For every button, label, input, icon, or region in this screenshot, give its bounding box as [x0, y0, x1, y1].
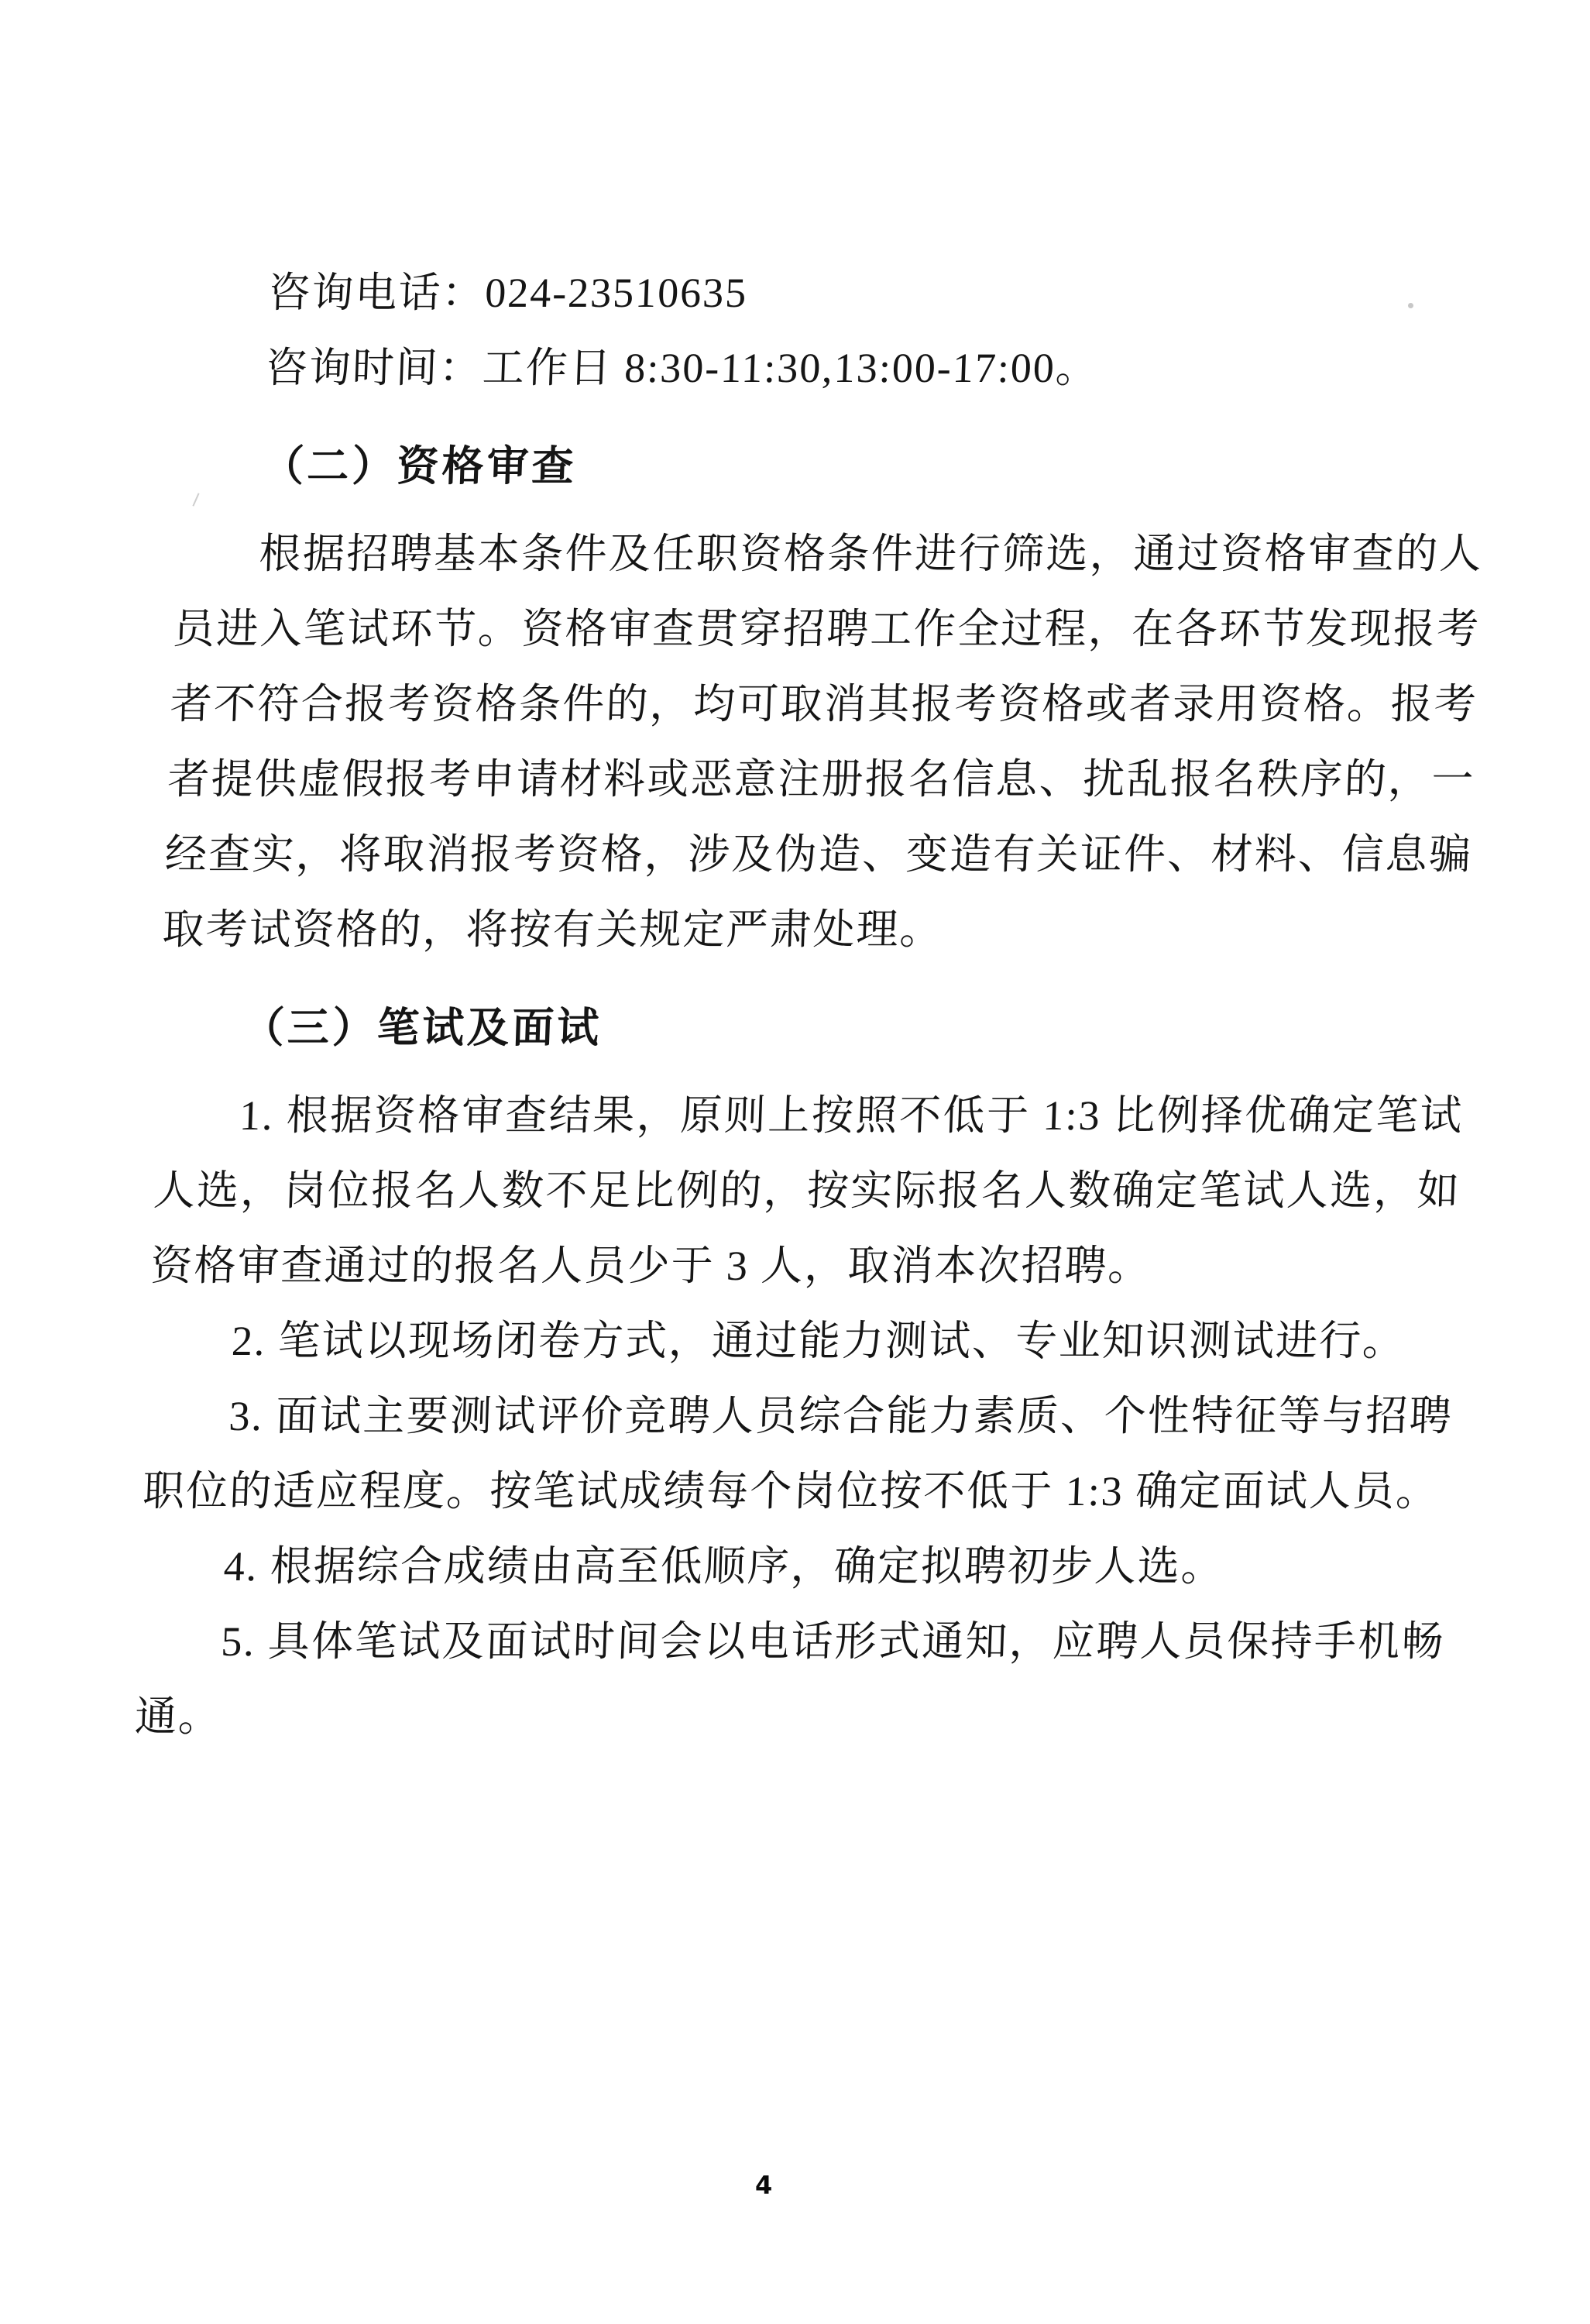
qualification-review-paragraph: 根据招聘基本条件及任职资格条件进行筛选，通过资格审查的人员进入笔试环节。资格审查…: [161, 517, 1484, 968]
scan-artifact-speck: [1408, 303, 1413, 308]
section-heading-written-exam-interview: （三）笔试及面试: [157, 991, 1467, 1066]
exam-item-2: 2. 笔试以现场闭卷方式，通过能力测试、专业知识测试进行。: [146, 1304, 1456, 1379]
exam-item-1: 1. 根据资格审查结果，原则上按照不低于 1:3 比例择优确定笔试人选，岗位报名…: [149, 1078, 1465, 1304]
contact-phone-line: 咨询电话：024-23510635: [184, 256, 1493, 331]
section-heading-qualification-review: （二）资格审查: [177, 429, 1487, 504]
document-body: 咨询电话：024-23510635 咨询时间：工作日 8:30-11:30,13…: [133, 256, 1493, 1755]
page-number: 4: [755, 2171, 772, 2200]
contact-hours-line: 咨询时间：工作日 8:30-11:30,13:00-17:00。: [180, 331, 1490, 406]
exam-item-4: 4. 根据综合成绩由高至低顺序，确定拟聘初步人选。: [139, 1529, 1448, 1604]
exam-item-3: 3. 面试主要测试评价竞聘人员综合能力素质、个性特征等与招聘职位的适应程度。按笔…: [142, 1379, 1454, 1529]
exam-item-5: 5. 具体笔试及面试时间会以电话形式通知，应聘人员保持手机畅通。: [133, 1604, 1446, 1755]
document-page: 咨询电话：024-23510635 咨询时间：工作日 8:30-11:30,13…: [0, 0, 1590, 2324]
